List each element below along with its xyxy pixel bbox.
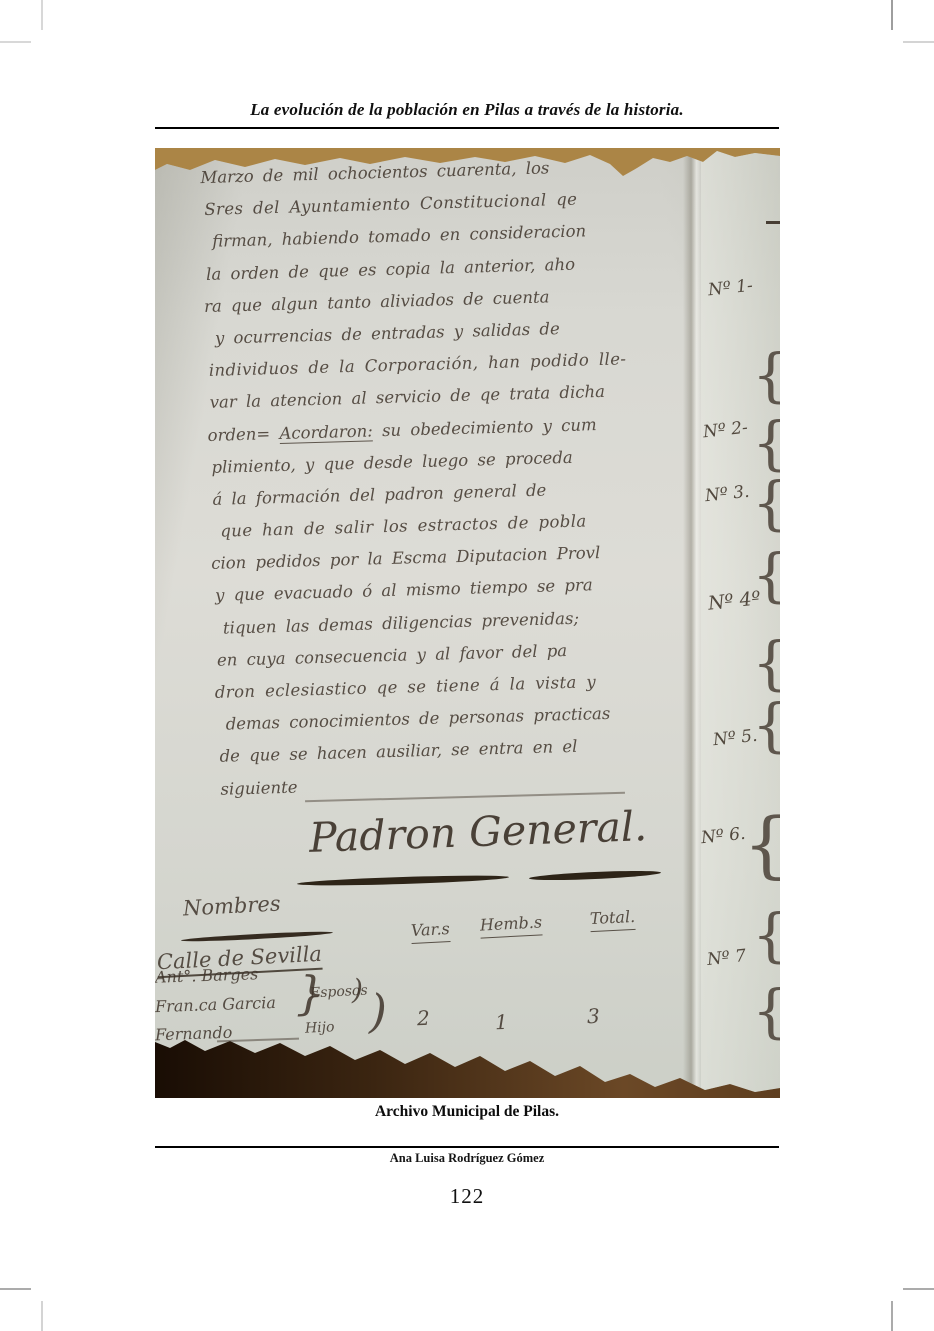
page-number: 122 xyxy=(0,1184,934,1209)
running-header-title: La evolución de la población en Pilas a … xyxy=(0,100,934,120)
edge-brace-icon: { xyxy=(752,634,780,692)
crop-mark-top-left-vertical xyxy=(41,0,43,30)
edge-brace-icon: { xyxy=(752,906,780,964)
census-names-label: Nombres xyxy=(182,891,281,920)
margin-dash-mark xyxy=(766,221,780,224)
paren-icon: ) xyxy=(369,988,387,1034)
manuscript-photo: Marzo de mil ochocientos cuarenta, los S… xyxy=(155,148,780,1098)
crop-mark-bottom-left-horizontal xyxy=(0,1288,31,1290)
footer-author: Ana Luisa Rodríguez Gómez xyxy=(0,1151,934,1166)
manuscript-body-text: Marzo de mil ochocientos cuarenta, los S… xyxy=(203,148,726,805)
crop-mark-bottom-right-vertical xyxy=(891,1301,893,1331)
acordaron-pre: orden= xyxy=(207,423,279,444)
census-value-hembras: 1 xyxy=(495,1010,509,1034)
edge-brace-icon: { xyxy=(752,346,780,404)
census-entry-name: Ant°. Barges xyxy=(155,964,259,987)
acordaron-post: su obedecimiento y cum xyxy=(373,415,597,440)
heading-flourish-right xyxy=(529,869,661,882)
crop-mark-bottom-right-horizontal xyxy=(903,1288,934,1290)
photo-caption: Archivo Municipal de Pilas. xyxy=(0,1103,934,1121)
crop-mark-top-right-vertical xyxy=(891,0,893,30)
header-rule xyxy=(155,127,779,129)
census-value-total: 3 xyxy=(587,1004,601,1028)
heading-flourish-left xyxy=(297,874,509,888)
footer-rule xyxy=(155,1146,779,1148)
paren-icon: ) xyxy=(352,976,363,1004)
edge-brace-icon: { xyxy=(752,414,780,472)
manuscript-paper: Marzo de mil ochocientos cuarenta, los S… xyxy=(155,148,780,1098)
crop-mark-bottom-left-vertical xyxy=(41,1301,43,1331)
crop-mark-top-right-horizontal xyxy=(903,41,934,43)
census-entry-name: Fran.ca Garcia xyxy=(155,993,276,1016)
acordaron-underlined: Acordaron: xyxy=(279,421,373,444)
crop-mark-top-left-horizontal xyxy=(0,41,31,43)
census-column-hembras: Hemb.s xyxy=(479,912,542,938)
margin-note-7: Nº 7 xyxy=(706,946,747,970)
census-column-total: Total. xyxy=(589,907,635,932)
padron-general-heading: Padron General. xyxy=(272,801,683,863)
census-value-varones: 2 xyxy=(417,1006,431,1030)
document-page: La evolución de la población en Pilas a … xyxy=(0,0,934,1331)
edge-brace-icon: { xyxy=(752,474,780,532)
names-flourish xyxy=(181,930,333,943)
edge-brace-icon: { xyxy=(752,696,780,754)
edge-brace-icon: { xyxy=(752,546,780,604)
census-column-varones: Var.s xyxy=(410,919,450,944)
edge-brace-icon: { xyxy=(743,808,780,880)
census-role-hijo: Hijo xyxy=(305,1019,335,1037)
edge-brace-icon: { xyxy=(752,982,780,1040)
